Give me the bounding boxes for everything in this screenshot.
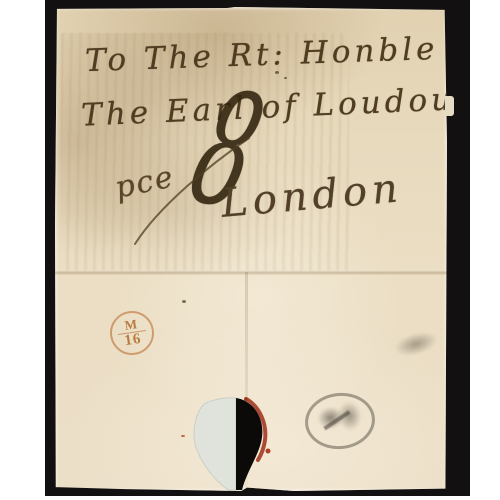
ink-speck [182, 300, 186, 303]
letter-cover: To The Rt: Honble The Earl of Loudoun 8 … [55, 7, 447, 491]
photo-background: To The Rt: Honble The Earl of Loudoun 8 … [45, 0, 470, 496]
horizontal-fold-crease [55, 270, 447, 275]
auction-photo: To The Rt: Honble The Earl of Loudoun 8 … [0, 0, 500, 500]
bishop-mark-month: M [124, 318, 138, 332]
paper-tab [445, 96, 454, 116]
ink-speck [284, 77, 287, 79]
ink-smudge [391, 327, 441, 360]
bishop-mark-day: 16 [124, 333, 143, 348]
ink-speck [275, 71, 279, 74]
wax-speck [181, 435, 185, 437]
wax-seal-dot [244, 397, 248, 401]
tear-backing [194, 398, 236, 490]
bishop-mark: M 16 [107, 308, 157, 358]
circular-postmark-illegible [302, 389, 377, 452]
seal-tear-hole [188, 396, 280, 491]
wax-seal-dot [266, 449, 271, 454]
